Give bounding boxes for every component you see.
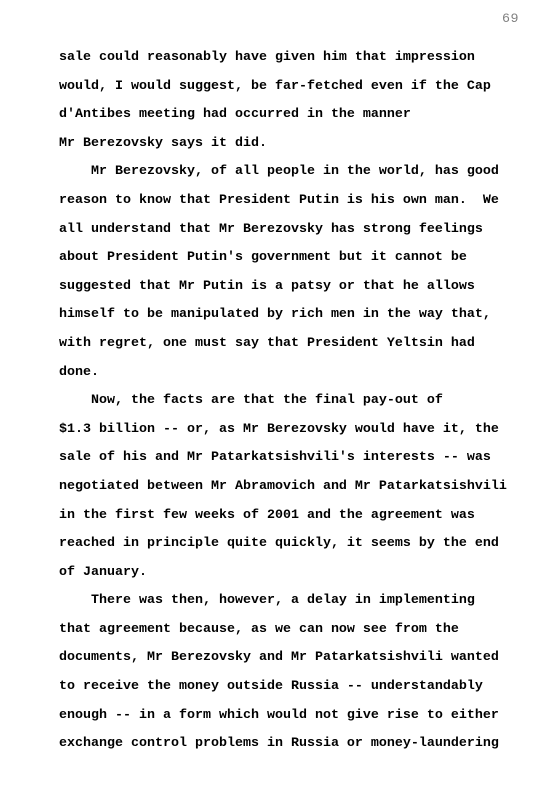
page-number: 69 [502,12,519,25]
text-line: all understand that Mr Berezovsky has st… [59,216,558,245]
document-page: 69 sale could reasonably have given him … [0,0,558,789]
text-line: $1.3 billion -- or, as Mr Berezovsky wou… [59,416,558,445]
text-line: done. [59,359,558,388]
text-line: to receive the money outside Russia -- u… [59,673,558,702]
text-line: exchange control problems in Russia or m… [59,730,558,759]
text-line: Mr Berezovsky, of all people in the worl… [59,158,558,187]
text-line: d'Antibes meeting had occurred in the ma… [59,101,558,130]
text-line: Mr Berezovsky says it did. [59,130,558,159]
text-line: documents, Mr Berezovsky and Mr Patarkat… [59,644,558,673]
text-line: enough -- in a form which would not give… [59,702,558,731]
text-line: suggested that Mr Putin is a patsy or th… [59,273,558,302]
transcript-text: sale could reasonably have given him tha… [59,44,558,759]
text-line: in the first few weeks of 2001 and the a… [59,502,558,531]
text-line: about President Putin's government but i… [59,244,558,273]
text-line: sale of his and Mr Patarkatsishvili's in… [59,444,558,473]
text-line: There was then, however, a delay in impl… [59,587,558,616]
text-line: negotiated between Mr Abramovich and Mr … [59,473,558,502]
text-line: that agreement because, as we can now se… [59,616,558,645]
text-line: reason to know that President Putin is h… [59,187,558,216]
text-line: of January. [59,559,558,588]
text-line: with regret, one must say that President… [59,330,558,359]
text-line: reached in principle quite quickly, it s… [59,530,558,559]
text-line: would, I would suggest, be far-fetched e… [59,73,558,102]
text-line: sale could reasonably have given him tha… [59,44,558,73]
text-line: Now, the facts are that the final pay-ou… [59,387,558,416]
text-line: himself to be manipulated by rich men in… [59,301,558,330]
